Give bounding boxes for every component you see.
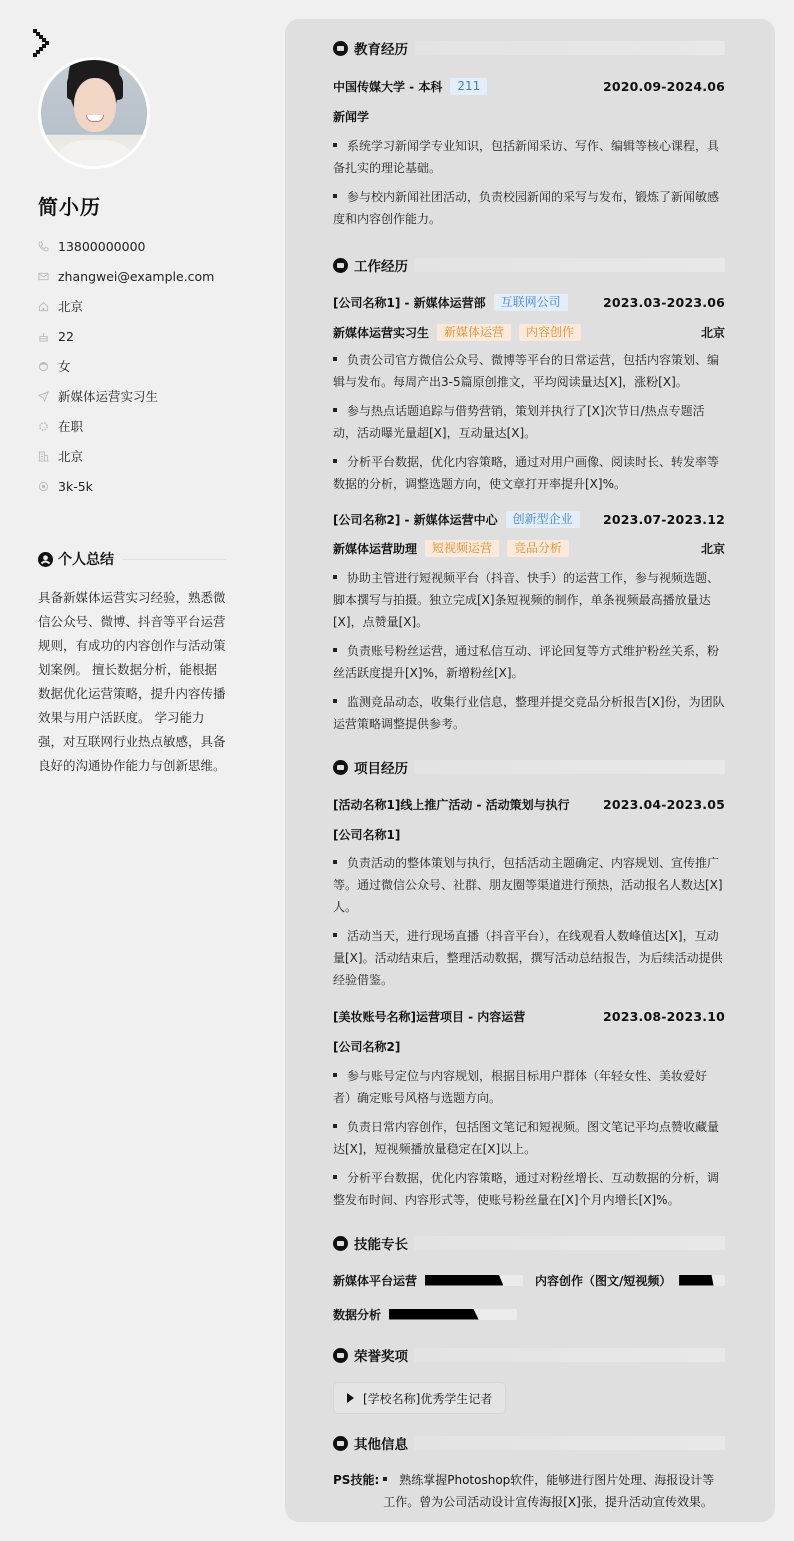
award-text: [学校名称]优秀学生记者 bbox=[363, 1390, 492, 1407]
phone-icon bbox=[38, 241, 49, 252]
project-date: 2023.08-2023.10 bbox=[603, 1009, 725, 1024]
salary-text: 3k-5k bbox=[58, 479, 93, 494]
info-badge-icon bbox=[333, 1436, 348, 1451]
job-header-row: [公司名称2] - 新媒体运营中心 创新型企业 2023.07-2023.12 bbox=[333, 509, 725, 529]
award-icon bbox=[333, 1348, 348, 1363]
section-title: 技能专长 bbox=[354, 1233, 408, 1253]
project-name: [活动名称1]线上推广活动 - 活动策划与执行 bbox=[333, 796, 570, 813]
building-icon bbox=[38, 451, 49, 462]
bullet-item: 负责日常内容创作，包括图文笔记和短视频。图文笔记平均点赞收藏量达[X]，短视频播… bbox=[333, 1116, 725, 1160]
skill-bar bbox=[679, 1275, 725, 1286]
job-city: 北京 bbox=[701, 540, 725, 557]
info-position: 新媒体运营实习生 bbox=[38, 381, 258, 411]
logo-icon bbox=[33, 29, 51, 59]
mail-icon bbox=[38, 271, 49, 282]
heading-bar bbox=[414, 760, 725, 774]
grid-icon bbox=[333, 760, 348, 775]
bullet-item: 负责活动的整体策划与执行，包括活动主题确定、内容规划、宣传推广等。通过微信公众号… bbox=[333, 852, 725, 918]
section-title: 荣誉奖项 bbox=[354, 1345, 408, 1365]
role-tag: 内容创作 bbox=[519, 324, 581, 341]
gender-icon bbox=[38, 361, 49, 372]
email-text: zhangwei@example.com bbox=[58, 269, 214, 284]
send-icon bbox=[38, 391, 49, 402]
bullet-item: 负责公司官方微信公众号、微博等平台的日常运营，包括内容策划、编辑与发布。每周产出… bbox=[333, 349, 725, 393]
section-title: 其他信息 bbox=[354, 1433, 408, 1453]
skill-name: 数据分析 bbox=[333, 1306, 381, 1323]
skill-bar bbox=[425, 1275, 523, 1286]
summary-heading: 个人总结 bbox=[38, 549, 226, 569]
section-title: 教育经历 bbox=[354, 38, 408, 58]
skill-name: 新媒体平台运营 bbox=[333, 1272, 417, 1289]
info-email: zhangwei@example.com bbox=[38, 261, 258, 291]
job-header-row: [公司名称1] - 新媒体运营部 互联网公司 2023.03-2023.06 bbox=[333, 292, 725, 312]
skill-item: 数据分析 bbox=[333, 1304, 517, 1324]
role-tag: 竞品分析 bbox=[507, 540, 569, 557]
award-item: [学校名称]优秀学生记者 bbox=[333, 1382, 506, 1414]
project-company-row: [公司名称2] bbox=[333, 1036, 725, 1056]
skill-item: 内容创作（图文/短视频） bbox=[535, 1270, 725, 1290]
project-company-row: [公司名称1] bbox=[333, 824, 725, 844]
project-header-row: [美妆账号名称]运营项目 - 内容运营 2023.08-2023.10 bbox=[333, 1006, 725, 1026]
company-tag: 创新型企业 bbox=[506, 511, 580, 528]
education-row: 中国传媒大学 - 本科 211 2020.09-2024.06 bbox=[333, 76, 725, 96]
school-tag: 211 bbox=[450, 78, 487, 95]
bullet-item: 分析平台数据，优化内容策略，通过对用户画像、阅读时长、转发率等数据的分析，调整选… bbox=[333, 451, 725, 495]
cake-icon bbox=[38, 331, 49, 342]
section-work-heading: 工作经历 bbox=[333, 254, 725, 276]
section-education-heading: 教育经历 bbox=[333, 37, 725, 59]
company-tag: 互联网公司 bbox=[494, 294, 568, 311]
section-projects-heading: 项目经历 bbox=[333, 756, 725, 778]
project-date: 2023.04-2023.05 bbox=[603, 797, 725, 812]
section-skills-heading: 技能专长 bbox=[333, 1232, 725, 1254]
info-city: 北京 bbox=[38, 441, 258, 471]
status-text: 在职 bbox=[58, 417, 83, 435]
project-bullets: 负责活动的整体策划与执行，包括活动主题确定、内容规划、宣传推广等。通过微信公众号… bbox=[333, 852, 725, 998]
bullet-item: 参与热点话题追踪与借势营销，策划并执行了[X]次节日/热点专题活动，活动曝光量超… bbox=[333, 400, 725, 444]
project-bullets: 参与账号定位与内容规划，根据目标用户群体（年轻女性、美妆爱好者）确定账号风格与选… bbox=[333, 1065, 725, 1218]
avatar bbox=[38, 57, 150, 169]
section-title: 项目经历 bbox=[354, 757, 408, 777]
heading-bar bbox=[414, 1348, 725, 1362]
section-title: 工作经历 bbox=[354, 255, 408, 275]
job-role: 新媒体运营助理 bbox=[333, 540, 417, 557]
bullet-item: 系统学习新闻学专业知识，包括新闻采访、写作、编辑等核心课程，具备扎实的理论基础。 bbox=[333, 135, 725, 179]
resume-main-panel: 教育经历 中国传媒大学 - 本科 211 2020.09-2024.06 新闻学… bbox=[285, 19, 775, 1522]
company-name: [公司名称2] - 新媒体运营中心 bbox=[333, 511, 498, 528]
position-text: 新媒体运营实习生 bbox=[58, 387, 158, 405]
bullet-item: 参与账号定位与内容规划，根据目标用户群体（年轻女性、美妆爱好者）确定账号风格与选… bbox=[333, 1065, 725, 1109]
section-other-heading: 其他信息 bbox=[333, 1432, 725, 1454]
triangle-right-icon bbox=[347, 1393, 354, 1403]
candidate-name: 简小历 bbox=[38, 191, 101, 220]
info-salary: 3k-5k bbox=[38, 471, 258, 501]
other-label: PS技能: bbox=[333, 1469, 379, 1513]
city-text: 北京 bbox=[58, 447, 83, 465]
school-name: 中国传媒大学 - 本科 bbox=[333, 78, 442, 95]
status-icon bbox=[38, 421, 49, 432]
bullet-item: 分析平台数据，优化内容策略，通过对粉丝增长、互动数据的分析，调整发布时间、内容形… bbox=[333, 1167, 725, 1211]
education-bullets: 系统学习新闻学专业知识，包括新闻采访、写作、编辑等核心课程，具备扎实的理论基础。… bbox=[333, 135, 725, 237]
divider bbox=[122, 559, 226, 560]
job-bullets: 协助主管进行短视频平台（抖音、快手）的运营工作，参与视频选题、脚本撰写与拍摄。独… bbox=[333, 567, 725, 742]
skill-name: 内容创作（图文/短视频） bbox=[535, 1272, 671, 1289]
section-awards-heading: 荣誉奖项 bbox=[333, 1344, 725, 1366]
project-header-row: [活动名称1]线上推广活动 - 活动策划与执行 2023.04-2023.05 bbox=[333, 794, 725, 814]
education-date: 2020.09-2024.06 bbox=[603, 79, 725, 94]
info-age: 22 bbox=[38, 321, 258, 351]
salary-icon bbox=[38, 481, 49, 492]
heading-bar bbox=[414, 1236, 725, 1250]
age-text: 22 bbox=[58, 329, 74, 344]
location-text: 北京 bbox=[58, 297, 83, 315]
other-value: 熟练掌握Photoshop软件，能够进行图片处理、海报设计等 工作。曾为公司活动… bbox=[379, 1469, 714, 1513]
bullet-item: 负责账号粉丝运营，通过私信互动、评论回复等方式维护粉丝关系，粉丝活跃度提升[X]… bbox=[333, 640, 725, 684]
contact-info-list: 13800000000 zhangwei@example.com 北京 22 女… bbox=[38, 231, 258, 501]
briefcase-icon bbox=[333, 258, 348, 273]
heading-bar bbox=[414, 1436, 725, 1450]
phone-text: 13800000000 bbox=[58, 239, 145, 254]
bar-chart-icon bbox=[333, 1236, 348, 1251]
job-bullets: 负责公司官方微信公众号、微博等平台的日常运营，包括内容策划、编辑与发布。每周产出… bbox=[333, 349, 725, 502]
skill-bar bbox=[389, 1309, 517, 1320]
job-date: 2023.07-2023.12 bbox=[603, 512, 725, 527]
major-row: 新闻学 bbox=[333, 106, 725, 126]
info-location: 北京 bbox=[38, 291, 258, 321]
graduation-cap-icon bbox=[333, 41, 348, 56]
company-name: [公司名称1] - 新媒体运营部 bbox=[333, 294, 486, 311]
heading-bar bbox=[414, 258, 725, 272]
home-icon bbox=[38, 301, 49, 312]
job-role-row: 新媒体运营助理 短视频运营 竞品分析 北京 bbox=[333, 538, 725, 558]
job-role-row: 新媒体运营实习生 新媒体运营 内容创作 北京 bbox=[333, 322, 725, 342]
info-gender: 女 bbox=[38, 351, 258, 381]
project-name: [美妆账号名称]运营项目 - 内容运营 bbox=[333, 1008, 525, 1025]
role-tag: 短视频运营 bbox=[425, 540, 499, 557]
job-city: 北京 bbox=[701, 324, 725, 341]
bullet-item: 协助主管进行短视频平台（抖音、快手）的运营工作，参与视频选题、脚本撰写与拍摄。独… bbox=[333, 567, 725, 633]
bullet-item: 活动当天，进行现场直播（抖音平台），在线观看人数峰值达[X]，互动量[X]。活动… bbox=[333, 925, 725, 991]
user-circle-icon bbox=[38, 552, 53, 567]
project-company: [公司名称2] bbox=[333, 1038, 400, 1055]
info-phone: 13800000000 bbox=[38, 231, 258, 261]
job-role: 新媒体运营实习生 bbox=[333, 324, 429, 341]
job-date: 2023.03-2023.06 bbox=[603, 295, 725, 310]
role-tag: 新媒体运营 bbox=[437, 324, 511, 341]
major: 新闻学 bbox=[333, 108, 369, 125]
other-info-item: PS技能: 熟练掌握Photoshop软件，能够进行图片处理、海报设计等 工作。… bbox=[333, 1469, 725, 1513]
heading-bar bbox=[414, 41, 725, 55]
summary-title: 个人总结 bbox=[58, 549, 114, 569]
gender-text: 女 bbox=[58, 357, 71, 375]
skill-item: 新媒体平台运营 bbox=[333, 1270, 523, 1290]
bullet-item: 参与校内新闻社团活动，负责校园新闻的采写与发布，锻炼了新闻敏感度和内容创作能力。 bbox=[333, 186, 725, 230]
info-status: 在职 bbox=[38, 411, 258, 441]
project-company: [公司名称1] bbox=[333, 826, 400, 843]
summary-text: 具备新媒体运营实习经验，熟悉微信公众号、微博、抖音等平台运营规则，有成功的内容创… bbox=[38, 586, 226, 778]
bullet-item: 监测竞品动态，收集行业信息，整理并提交竞品分析报告[X]份，为团队运营策略调整提… bbox=[333, 691, 725, 735]
